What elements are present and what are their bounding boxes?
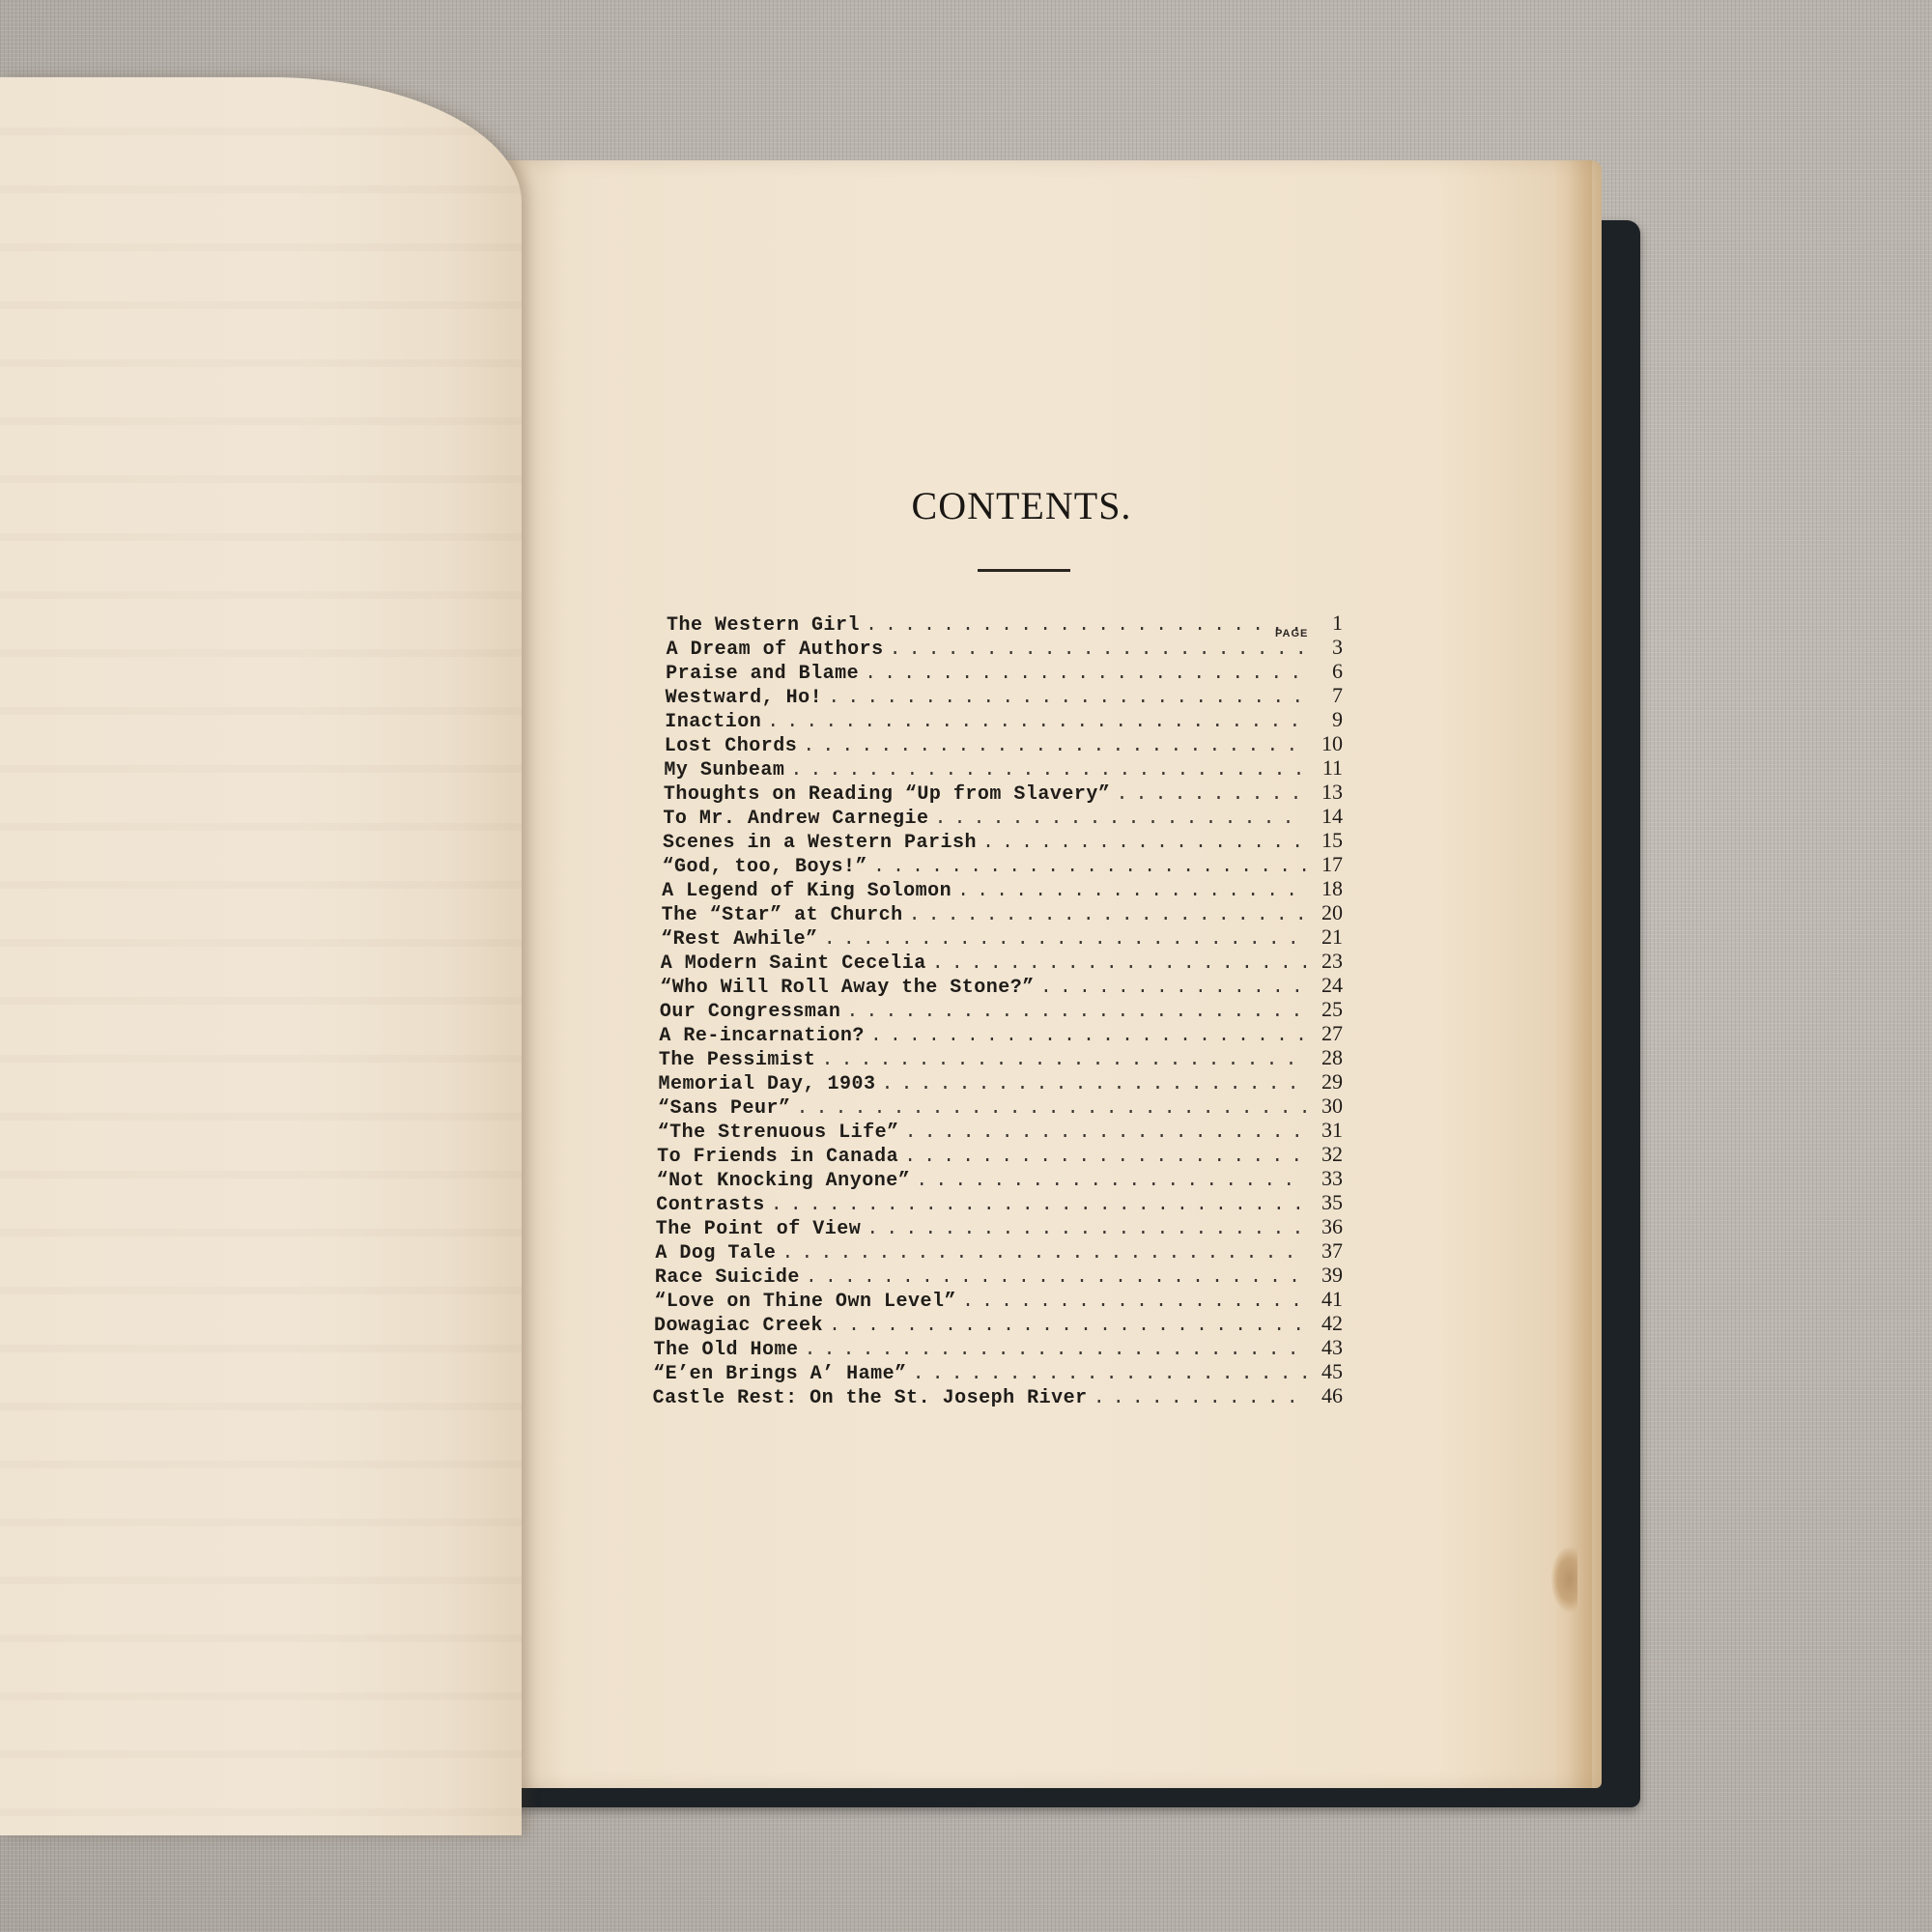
toc-entry: A Legend of King Solomon18: [662, 876, 1343, 900]
toc-entry-page: 46: [1312, 1383, 1343, 1408]
toc-entry-page: 36: [1312, 1214, 1343, 1239]
leader-dots: [767, 711, 1306, 733]
toc-entry: Contrasts35: [656, 1190, 1343, 1214]
leader-dots: [803, 735, 1306, 757]
toc-entry-title: My Sunbeam: [664, 759, 784, 781]
toc-entry-page: 41: [1312, 1287, 1343, 1312]
leader-dots: [962, 1291, 1306, 1313]
toc-entry-page: 13: [1312, 780, 1343, 805]
leader-dots: [904, 1146, 1306, 1168]
toc-entry: A Modern Saint Cecelia23: [661, 949, 1343, 973]
toc-entry-page: 21: [1312, 924, 1343, 950]
leader-dots: [806, 1266, 1306, 1289]
toc-entry-page: 24: [1312, 973, 1343, 998]
toc-entry-page: 15: [1312, 828, 1343, 853]
toc-entry-title: Race Suicide: [655, 1266, 800, 1289]
toc-entry-page: 43: [1312, 1335, 1343, 1360]
leader-dots: [771, 1194, 1306, 1216]
toc-entry-page: 35: [1312, 1190, 1343, 1215]
toc-entry: Dowagiac Creek42: [654, 1311, 1343, 1335]
leader-dots: [828, 687, 1306, 709]
leader-dots: [797, 1097, 1306, 1120]
toc-entry: “Rest Awhile”21: [661, 924, 1343, 949]
toc-entry-page: 23: [1312, 949, 1343, 974]
toc-entry-title: “God, too, Boys!”: [663, 856, 868, 878]
toc-entry: “Who Will Roll Away the Stone?”24: [660, 973, 1343, 997]
toc-entry-page: 37: [1312, 1238, 1343, 1264]
leader-dots: [934, 808, 1306, 830]
leader-dots: [913, 1363, 1306, 1385]
toc-entry: The Old Home43: [654, 1335, 1344, 1359]
toc-entry: To Friends in Canada32: [657, 1142, 1343, 1166]
leader-dots: [982, 832, 1306, 854]
toc-entry-title: The Old Home: [654, 1339, 799, 1361]
leader-dots: [865, 663, 1306, 685]
toc-entry-title: The Pessimist: [659, 1049, 816, 1071]
toc-entry: The Pessimist28: [659, 1045, 1343, 1069]
toc-entry-page: 27: [1312, 1021, 1343, 1046]
toc-entry-title: Inaction: [665, 711, 761, 733]
toc-entry-page: 11: [1312, 755, 1343, 781]
toc-entry-title: Thoughts on Reading “Up from Slavery”: [664, 783, 1111, 806]
leader-dots: [1094, 1387, 1306, 1409]
toc-entry-page: 45: [1312, 1359, 1343, 1384]
toc-entry: Inaction9: [665, 707, 1343, 731]
leader-dots: [805, 1339, 1306, 1361]
page-title: CONTENTS.: [700, 483, 1343, 528]
toc-entry: Our Congressman25: [660, 997, 1343, 1021]
toc-entry-title: Scenes in a Western Parish: [663, 832, 977, 854]
toc-entry-title: The “Star” at Church: [662, 904, 903, 926]
leader-dots: [873, 856, 1306, 878]
toc-entry: A Re-incarnation?27: [659, 1021, 1343, 1045]
toc-entry-title: Lost Chords: [665, 735, 798, 757]
toc-entry-title: The Point of View: [656, 1218, 862, 1240]
toc-entry-title: A Dog Tale: [655, 1242, 776, 1264]
leader-dots: [957, 880, 1306, 902]
toc-entry-title: To Friends in Canada: [657, 1146, 898, 1168]
toc-entry: To Mr. Andrew Carnegie14: [663, 804, 1343, 828]
toc-entry-page: 20: [1312, 900, 1343, 925]
toc-entry-title: Our Congressman: [660, 1001, 841, 1023]
toc-entry-page: 25: [1312, 997, 1343, 1022]
toc-entry-page: 31: [1312, 1118, 1343, 1143]
leader-dots: [932, 952, 1306, 975]
toc-entry-title: A Modern Saint Cecelia: [661, 952, 926, 975]
leader-dots: [824, 928, 1306, 951]
toc-entry-page: 32: [1312, 1142, 1343, 1167]
title-rule: [978, 569, 1070, 572]
toc-entry: My Sunbeam11: [664, 755, 1343, 780]
leader-dots: [916, 1170, 1306, 1192]
page-column-label: PAGE: [1275, 628, 1308, 639]
leader-dots: [1040, 977, 1306, 999]
toc-entry: A Dream of Authors3: [667, 635, 1343, 659]
page-tear: [1550, 1546, 1577, 1613]
toc-entry-title: “The Strenuous Life”: [658, 1122, 899, 1144]
toc-entry-page: 1: [1312, 611, 1343, 636]
toc-entry-title: “Sans Peur”: [658, 1097, 791, 1120]
toc-entry-page: 3: [1312, 635, 1343, 660]
toc-entry-page: 6: [1312, 659, 1343, 684]
toc-entry-page: 30: [1312, 1094, 1343, 1119]
toc-entry-title: A Dream of Authors: [667, 639, 884, 661]
toc-entry: “Sans Peur”30: [658, 1094, 1343, 1118]
toc-entry: Praise and Blame6: [666, 659, 1343, 683]
toc-entry-title: The Western Girl: [667, 614, 860, 637]
toc-entry-title: Dowagiac Creek: [654, 1315, 823, 1337]
table-of-contents: The Western Girl1A Dream of Authors3Prai…: [667, 611, 1343, 1407]
toc-entry-page: 9: [1312, 707, 1343, 732]
toc-entry-title: Contrasts: [656, 1194, 765, 1216]
toc-entry-page: 18: [1312, 876, 1343, 901]
toc-entry: “Love on Thine Own Level”41: [654, 1287, 1343, 1311]
leader-dots: [867, 1218, 1306, 1240]
leader-dots: [870, 1025, 1306, 1047]
contents-page: CONTENTS. PAGE The Western Girl1A Dream …: [667, 483, 1343, 1407]
toc-entry-title: “Who Will Roll Away the Stone?”: [660, 977, 1035, 999]
leader-dots: [829, 1315, 1306, 1337]
toc-entry-page: 28: [1312, 1045, 1343, 1070]
toc-entry-page: 17: [1312, 852, 1343, 877]
leader-dots: [890, 639, 1306, 661]
toc-entry: The Point of View36: [656, 1214, 1343, 1238]
toc-entry-title: Praise and Blame: [666, 663, 859, 685]
leader-dots: [866, 614, 1306, 637]
toc-entry: The “Star” at Church20: [662, 900, 1343, 924]
toc-entry-title: To Mr. Andrew Carnegie: [663, 808, 928, 830]
toc-entry: Castle Rest: On the St. Joseph River46: [653, 1383, 1343, 1407]
toc-entry: Westward, Ho!7: [666, 683, 1343, 707]
leader-dots: [821, 1049, 1306, 1071]
toc-entry-title: “Rest Awhile”: [661, 928, 818, 951]
leader-dots: [882, 1073, 1307, 1095]
toc-entry: Scenes in a Western Parish15: [663, 828, 1343, 852]
toc-entry-page: 7: [1312, 683, 1343, 708]
leader-dots: [1116, 783, 1306, 806]
toc-entry: Thoughts on Reading “Up from Slavery”13: [664, 780, 1343, 804]
toc-entry: Lost Chords10: [665, 731, 1343, 755]
leader-dots: [846, 1001, 1306, 1023]
toc-entry-title: Westward, Ho!: [666, 687, 823, 709]
toc-entry-page: 29: [1312, 1069, 1343, 1094]
toc-entry-page: 14: [1312, 804, 1343, 829]
toc-entry: Memorial Day, 190329: [658, 1069, 1343, 1094]
toc-entry: “The Strenuous Life”31: [658, 1118, 1343, 1142]
show-through-text: [0, 77, 522, 1835]
toc-entry-page: 39: [1312, 1263, 1343, 1288]
leader-dots: [790, 759, 1306, 781]
left-page: [0, 77, 522, 1835]
toc-entry: “God, too, Boys!”17: [663, 852, 1344, 876]
toc-entry-title: Memorial Day, 1903: [658, 1073, 875, 1095]
toc-entry-title: A Legend of King Solomon: [662, 880, 952, 902]
toc-entry: A Dog Tale37: [655, 1238, 1343, 1263]
leader-dots: [781, 1242, 1306, 1264]
toc-entry-title: “Not Knocking Anyone”: [657, 1170, 911, 1192]
toc-entry-title: A Re-incarnation?: [659, 1025, 865, 1047]
toc-entry-page: 42: [1312, 1311, 1343, 1336]
toc-entry: “E’en Brings A’ Hame”45: [653, 1359, 1343, 1383]
toc-entry: The Western Girl1: [667, 611, 1343, 635]
toc-entry-title: “Love on Thine Own Level”: [654, 1291, 956, 1313]
toc-entry: “Not Knocking Anyone”33: [657, 1166, 1343, 1190]
leader-dots: [905, 1122, 1306, 1144]
leader-dots: [909, 904, 1306, 926]
toc-entry-title: “E’en Brings A’ Hame”: [653, 1363, 907, 1385]
toc-entry-page: 10: [1312, 731, 1343, 756]
toc-entry: Race Suicide39: [655, 1263, 1343, 1287]
toc-entry-page: 33: [1312, 1166, 1343, 1191]
toc-entry-title: Castle Rest: On the St. Joseph River: [653, 1387, 1088, 1409]
